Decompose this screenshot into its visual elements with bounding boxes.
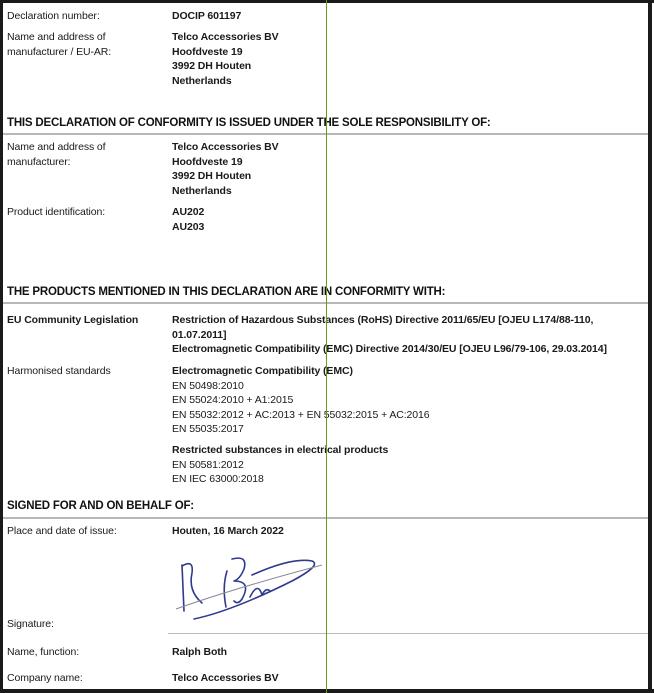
harmonised-standards-label: Harmonised standards	[7, 364, 111, 379]
responsibility-heading: THIS DECLARATION OF CONFORMITY IS ISSUED…	[7, 117, 491, 129]
signature-image	[172, 551, 332, 621]
name-function-label: Name, function:	[7, 645, 79, 660]
company-name-label: Company name:	[7, 671, 83, 686]
standard-item: EN 55024:2010 + A1:2015	[172, 393, 430, 408]
standard-item: EN 50581:2012	[172, 458, 388, 473]
rohs-standards-title: Restricted substances in electrical prod…	[172, 443, 388, 458]
place-date-label: Place and date of issue:	[7, 524, 117, 539]
rohs-standards: Restricted substances in electrical prod…	[172, 443, 388, 487]
emc-standards-title: Electromagnetic Compatibility (EMC)	[172, 364, 430, 379]
declaration-number-value: DOCIP 601197	[172, 9, 241, 24]
manufacturer-address: Telco Accessories BV Hoofdveste 19 3992 …	[172, 140, 279, 198]
address-line: 3992 DH Houten	[172, 59, 279, 74]
address-line: Hoofdveste 19	[172, 155, 279, 170]
eu-ar-address: Telco Accessories BV Hoofdveste 19 3992 …	[172, 30, 279, 88]
address-line: Telco Accessories BV	[172, 30, 279, 45]
address-line: Netherlands	[172, 184, 279, 199]
vertical-guide-line	[326, 0, 327, 693]
manufacturer-label-line: manufacturer:	[7, 155, 106, 170]
legislation-line: 01.07.2011]	[172, 328, 607, 343]
legislation-line: Restriction of Hazardous Substances (RoH…	[172, 313, 607, 328]
document-frame-right-edge	[648, 0, 652, 690]
standard-item: EN 50498:2010	[172, 379, 430, 394]
product-id: AU203	[172, 220, 204, 235]
standard-item: EN IEC 63000:2018	[172, 472, 388, 487]
declaration-number-label: Declaration number:	[7, 9, 100, 24]
address-line: Hoofdveste 19	[172, 45, 279, 60]
manufacturer-label-line: Name and address of	[7, 140, 106, 155]
manufacturer-label: Name and address of manufacturer:	[7, 140, 106, 169]
standard-item: EN 55035:2017	[172, 422, 430, 437]
company-name-value: Telco Accessories BV	[172, 671, 279, 686]
eu-ar-label-line: Name and address of	[7, 30, 111, 45]
address-line: Netherlands	[172, 74, 279, 89]
signature-line	[168, 633, 648, 634]
eu-legislation-label: EU Community Legislation	[7, 313, 138, 328]
eu-ar-label-line: manufacturer / EU-AR:	[7, 45, 111, 60]
product-identification-label: Product identification:	[7, 205, 105, 220]
address-line: Telco Accessories BV	[172, 140, 279, 155]
place-date-value: Houten, 16 March 2022	[172, 524, 284, 539]
standard-item: EN 55032:2012 + AC:2013 + EN 55032:2015 …	[172, 408, 430, 423]
product-id: AU202	[172, 205, 204, 220]
signed-heading: SIGNED FOR AND ON BEHALF OF:	[7, 500, 194, 512]
eu-legislation-list: Restriction of Hazardous Substances (RoH…	[172, 313, 607, 357]
eu-ar-label: Name and address of manufacturer / EU-AR…	[7, 30, 111, 59]
legislation-line: Electromagnetic Compatibility (EMC) Dire…	[172, 342, 607, 357]
address-line: 3992 DH Houten	[172, 169, 279, 184]
product-identification-list: AU202 AU203	[172, 205, 204, 234]
emc-standards: Electromagnetic Compatibility (EMC) EN 5…	[172, 364, 430, 437]
name-function-value: Ralph Both	[172, 645, 227, 660]
conformity-heading: THE PRODUCTS MENTIONED IN THIS DECLARATI…	[7, 286, 445, 298]
signature-label: Signature:	[7, 617, 54, 632]
